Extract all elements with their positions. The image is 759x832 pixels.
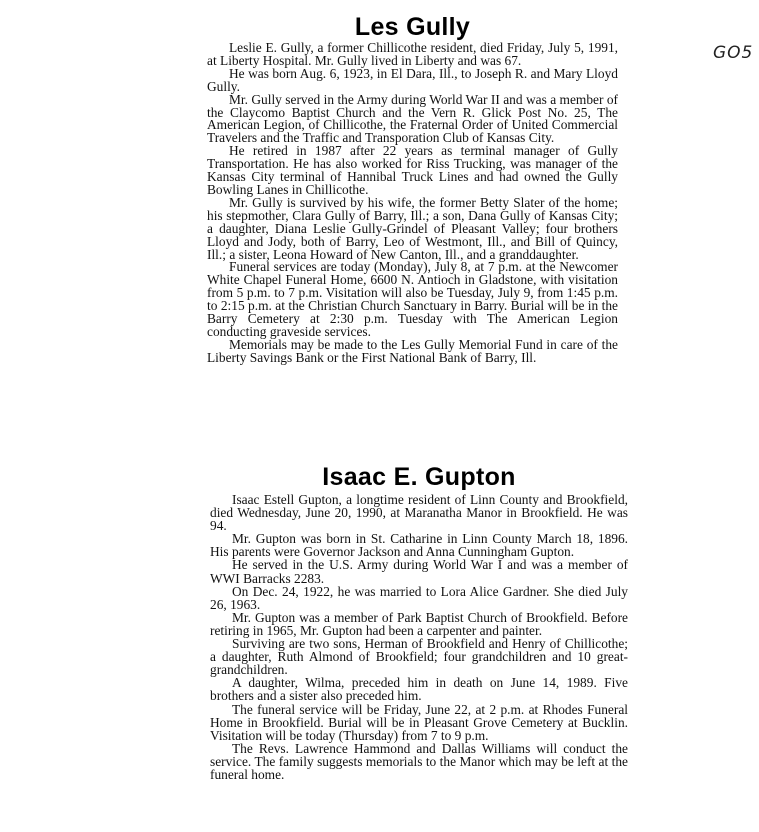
article-body: Isaac Estell Gupton, a longtime resident… <box>210 493 628 781</box>
headline: Les Gully <box>207 12 618 42</box>
paragraph: He was born Aug. 6, 1923, in El Dara, Il… <box>207 68 618 94</box>
paragraph: Isaac Estell Gupton, a longtime resident… <box>210 493 628 532</box>
paragraph: The funeral service will be Friday, June… <box>210 703 628 742</box>
paragraph: The Revs. Lawrence Hammond and Dallas Wi… <box>210 742 628 781</box>
paragraph: Mr. Gully served in the Army during Worl… <box>207 94 618 146</box>
paragraph: Mr. Gupton was born in St. Catharine in … <box>210 532 628 558</box>
paragraph: Mr. Gupton was a member of Park Baptist … <box>210 611 628 637</box>
paragraph: Memorials may be made to the Les Gully M… <box>207 339 618 365</box>
paragraph: A daughter, Wilma, preceded him in death… <box>210 676 628 702</box>
headline: Isaac E. Gupton <box>210 462 628 492</box>
obituary-les-gully: Les Gully Leslie E. Gully, a former Chil… <box>207 12 618 365</box>
paragraph: Funeral services are today (Monday), Jul… <box>207 261 618 338</box>
paragraph: Mr. Gully is survived by his wife, the f… <box>207 197 618 262</box>
paragraph: He served in the U.S. Army during World … <box>210 558 628 584</box>
handwritten-annotation: GO5 <box>713 43 753 63</box>
paragraph: Leslie E. Gully, a former Chillicothe re… <box>207 42 618 68</box>
obituary-isaac-gupton: Isaac E. Gupton Isaac Estell Gupton, a l… <box>210 462 628 781</box>
paragraph: He retired in 1987 after 22 years as ter… <box>207 145 618 197</box>
paragraph: Surviving are two sons, Herman of Brookf… <box>210 637 628 676</box>
paragraph: On Dec. 24, 1922, he was married to Lora… <box>210 585 628 611</box>
article-body: Leslie E. Gully, a former Chillicothe re… <box>207 42 618 365</box>
